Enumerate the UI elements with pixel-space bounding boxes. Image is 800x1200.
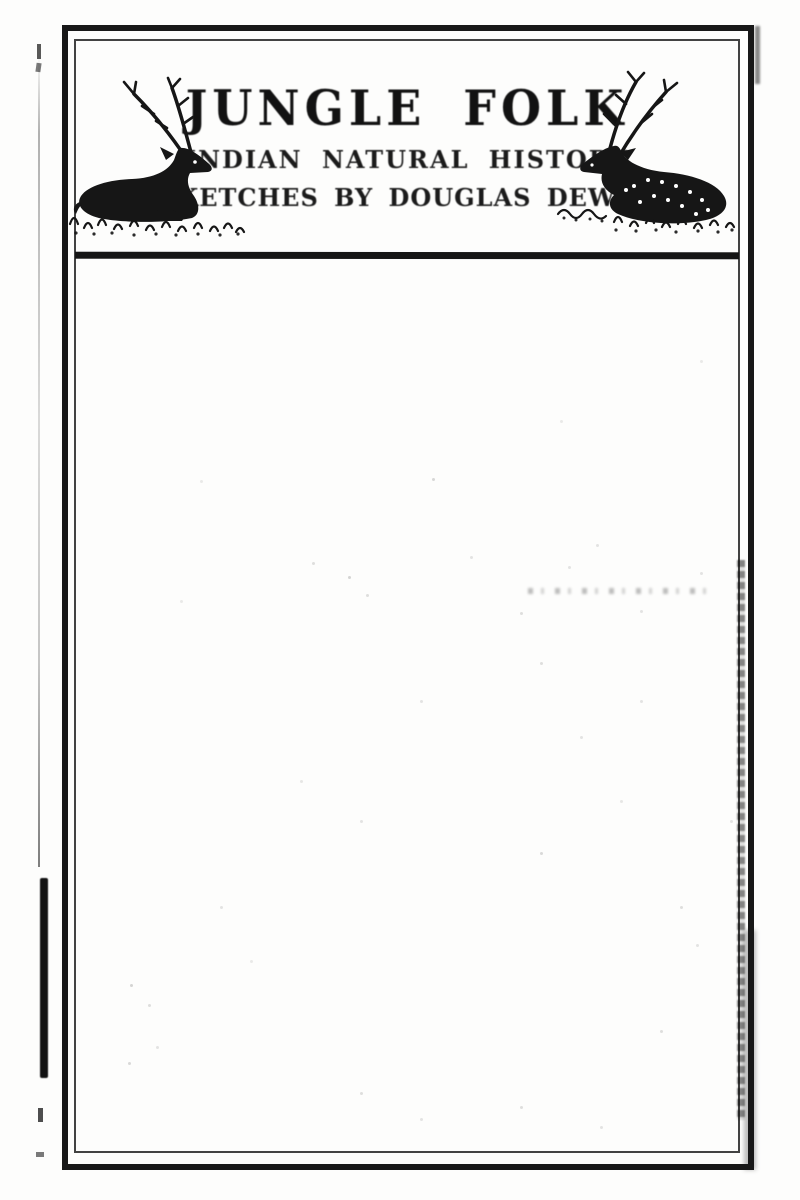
scan-edge-mark (36, 1152, 44, 1157)
page-gutter-line (38, 52, 40, 867)
blackbuck-antelope-icon (64, 76, 248, 238)
book-cover-page: JUNGLE FOLK INDIAN NATURAL HISTORY – SKE… (0, 0, 800, 1200)
scan-smudge (755, 26, 760, 84)
scan-smudge (737, 560, 745, 1120)
ink-bleed-smudge (528, 588, 714, 594)
scan-edge-mark (37, 44, 41, 59)
scan-edge-mark (35, 63, 41, 73)
page-gutter-bar (40, 878, 48, 1078)
scan-speckles (0, 0, 3, 3)
spotted-deer-icon (556, 68, 742, 236)
scan-edge-mark (38, 1108, 43, 1122)
header-divider-rule (75, 252, 739, 260)
